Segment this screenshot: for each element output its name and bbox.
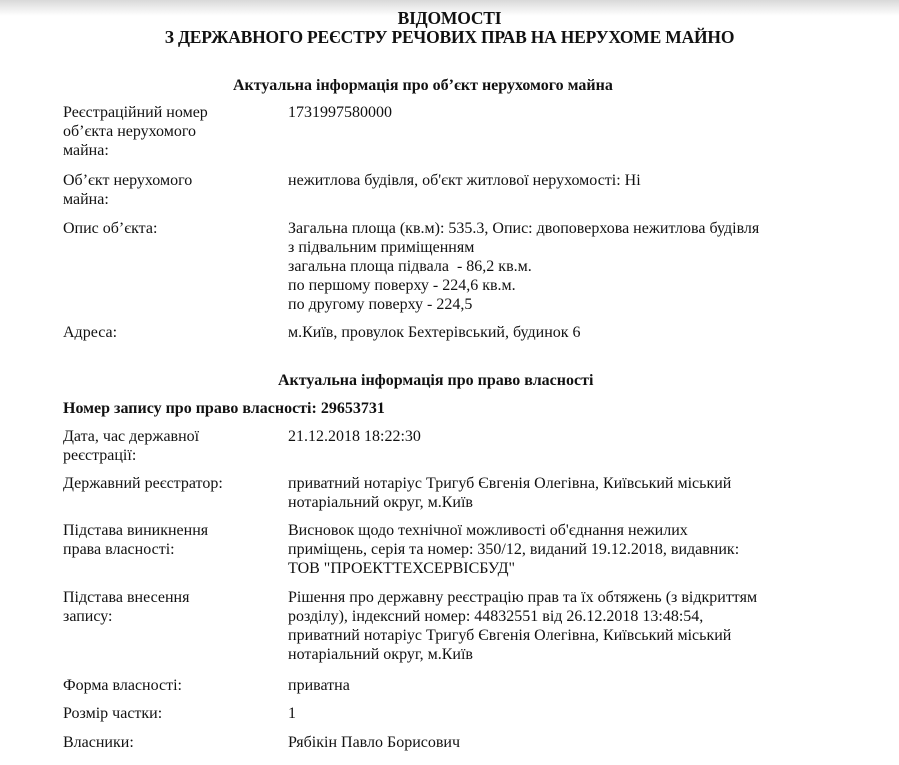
field-value-registration-date: 21.12.2018 18:22:30	[288, 427, 878, 446]
field-label-entry-basis: Підстава внесення запису:	[63, 588, 273, 626]
ownership-section-heading: Актуальна інформація про право власності	[278, 372, 593, 390]
field-label-property-object: Об’єкт нерухомого майна:	[63, 171, 273, 209]
field-value-object-description: Загальна площа (кв.м): 535.3, Опис: двоп…	[288, 219, 878, 314]
field-label-registration-number: Реєстраційний номер об’єкта нерухомого м…	[63, 103, 273, 160]
document-subtitle: З ДЕРЖАВНОГО РЕЄСТРУ РЕЧОВИХ ПРАВ НА НЕР…	[0, 28, 899, 47]
field-value-address: м.Київ, провулок Бехтерівський, будинок …	[288, 323, 878, 342]
ownership-record-number: Номер запису про право власності: 296537…	[63, 399, 385, 418]
field-label-ownership-basis: Підстава виникнення права власності:	[63, 521, 273, 559]
record-number-value: 29653731	[321, 400, 385, 417]
field-label-share-size: Розмір частки:	[63, 704, 273, 723]
field-label-state-registrar: Державний реєстратор:	[63, 474, 273, 493]
field-value-state-registrar: приватний нотаріус Тригуб Євгенія Олегів…	[288, 474, 878, 512]
field-label-registration-date: Дата, час державної реєстрації:	[63, 427, 273, 465]
field-label-ownership-form: Форма власності:	[63, 676, 273, 695]
field-value-ownership-basis: Висновок щодо технічної можливості об'єд…	[288, 521, 878, 578]
document-title: ВІДОМОСТІ	[0, 9, 899, 28]
property-section-heading: Актуальна інформація про об’єкт нерухомо…	[233, 77, 613, 95]
field-value-owners: Рябікін Павло Борисович	[288, 733, 878, 752]
field-value-ownership-form: приватна	[288, 676, 878, 695]
field-label-object-description: Опис об’єкта:	[63, 219, 273, 238]
field-value-entry-basis: Рішення про державну реєстрацію прав та …	[288, 588, 878, 664]
field-value-registration-number: 1731997580000	[288, 103, 878, 122]
field-value-share-size: 1	[288, 704, 878, 723]
field-label-owners: Власники:	[63, 733, 273, 752]
field-label-address: Адреса:	[63, 323, 273, 342]
field-value-property-object: нежитлова будівля, об'єкт житлової нерух…	[288, 171, 878, 190]
